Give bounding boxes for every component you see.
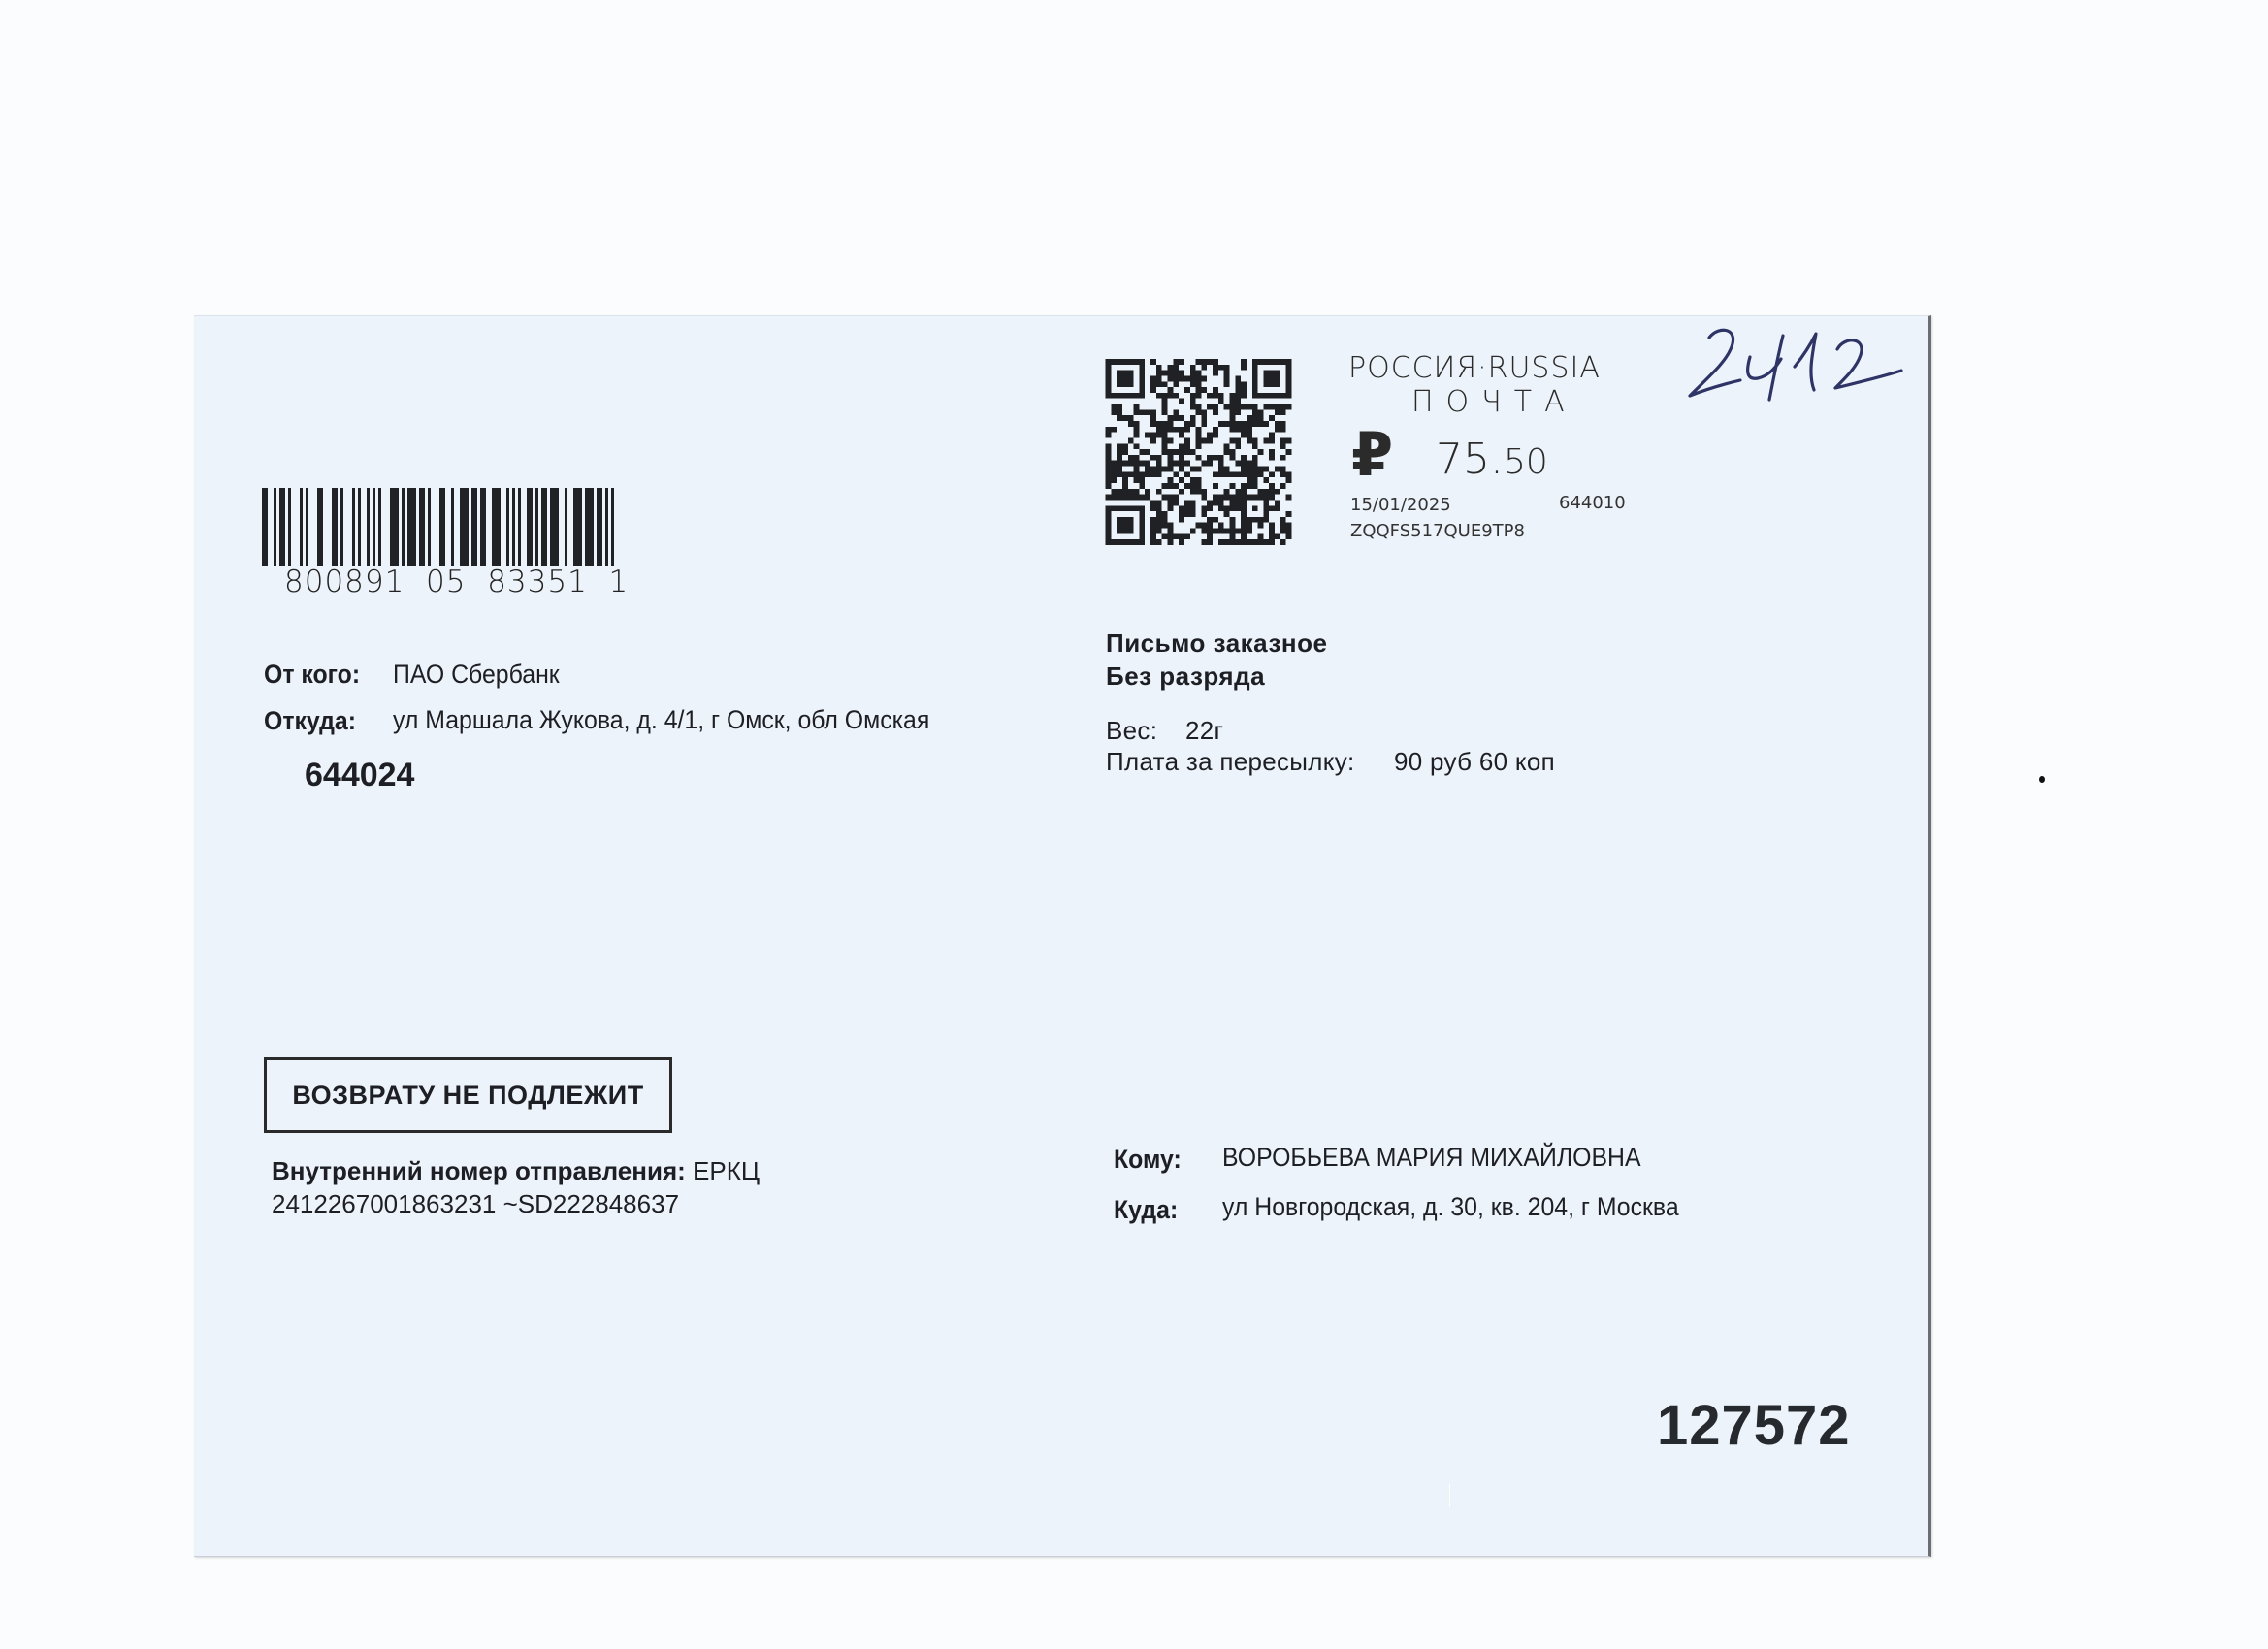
- scan-speck: [2039, 776, 2045, 783]
- sender-from-label: От кого:: [264, 660, 360, 690]
- stamp-amount-cents: 50: [1504, 442, 1548, 482]
- handwritten-note: [1680, 320, 1903, 412]
- barcode: [262, 488, 623, 566]
- ruble-icon: ₽: [1351, 419, 1393, 490]
- sender-name: ПАО Сбербанк: [393, 660, 560, 690]
- no-return-text: ВОЗВРАТУ НЕ ПОДЛЕЖИТ: [292, 1081, 643, 1111]
- recipient-address-label: Куда:: [1114, 1195, 1178, 1225]
- stamp-date: 15/01/2025: [1350, 495, 1451, 515]
- stamp-amount-main: 75.: [1436, 435, 1504, 484]
- no-return-box: ВОЗВРАТУ НЕ ПОДЛЕЖИТ: [264, 1057, 672, 1133]
- recipient-postal-code: 127572: [1657, 1393, 1851, 1458]
- weight-label: Вес:: [1106, 716, 1157, 746]
- barcode-number: 800891 05 83351 1: [284, 565, 629, 599]
- handwritten-2412-icon: [1680, 320, 1903, 407]
- stamp-title: РОССИЯ·RUSSIA: [1348, 351, 1601, 385]
- fee-value: 90 руб 60 коп: [1394, 747, 1555, 777]
- stamp-code: ZQQFS517QUE9TP8: [1350, 521, 1525, 541]
- internal-number-prefix: ЕРКЦ: [693, 1156, 760, 1185]
- fee-label: Плата за пересылку:: [1106, 747, 1355, 777]
- sender-address-label: Откуда:: [264, 706, 356, 736]
- recipient-name: ВОРОБЬЕВА МАРИЯ МИХАЙЛОВНА: [1222, 1143, 1641, 1173]
- sender-address: ул Маршала Жукова, д. 4/1, г Омск, обл О…: [393, 705, 929, 735]
- internal-number-value: 2412267001863231 ~SD222848637: [272, 1189, 679, 1219]
- stamp-office-index: 644010: [1559, 493, 1626, 513]
- stamp-subtitle: ПОЧТА: [1411, 385, 1577, 419]
- fold-mark: [1449, 1484, 1450, 1507]
- sender-postal-code: 644024: [305, 757, 414, 794]
- recipient-to-label: Кому:: [1114, 1145, 1182, 1175]
- recipient-address: ул Новгородская, д. 30, кв. 204, г Москв…: [1222, 1192, 1679, 1222]
- qr-code-icon: [1104, 359, 1293, 545]
- mail-category: Без разряда: [1106, 662, 1265, 692]
- barcode-icon: [262, 488, 623, 566]
- mail-type: Письмо заказное: [1106, 629, 1327, 659]
- internal-number: Внутренний номер отправления: ЕРКЦ: [272, 1156, 760, 1186]
- internal-number-label: Внутренний номер отправления:: [272, 1156, 686, 1185]
- qr-code: [1104, 359, 1293, 545]
- weight-value: 22г: [1185, 716, 1223, 746]
- stamp-amount: 75.50: [1436, 435, 1548, 484]
